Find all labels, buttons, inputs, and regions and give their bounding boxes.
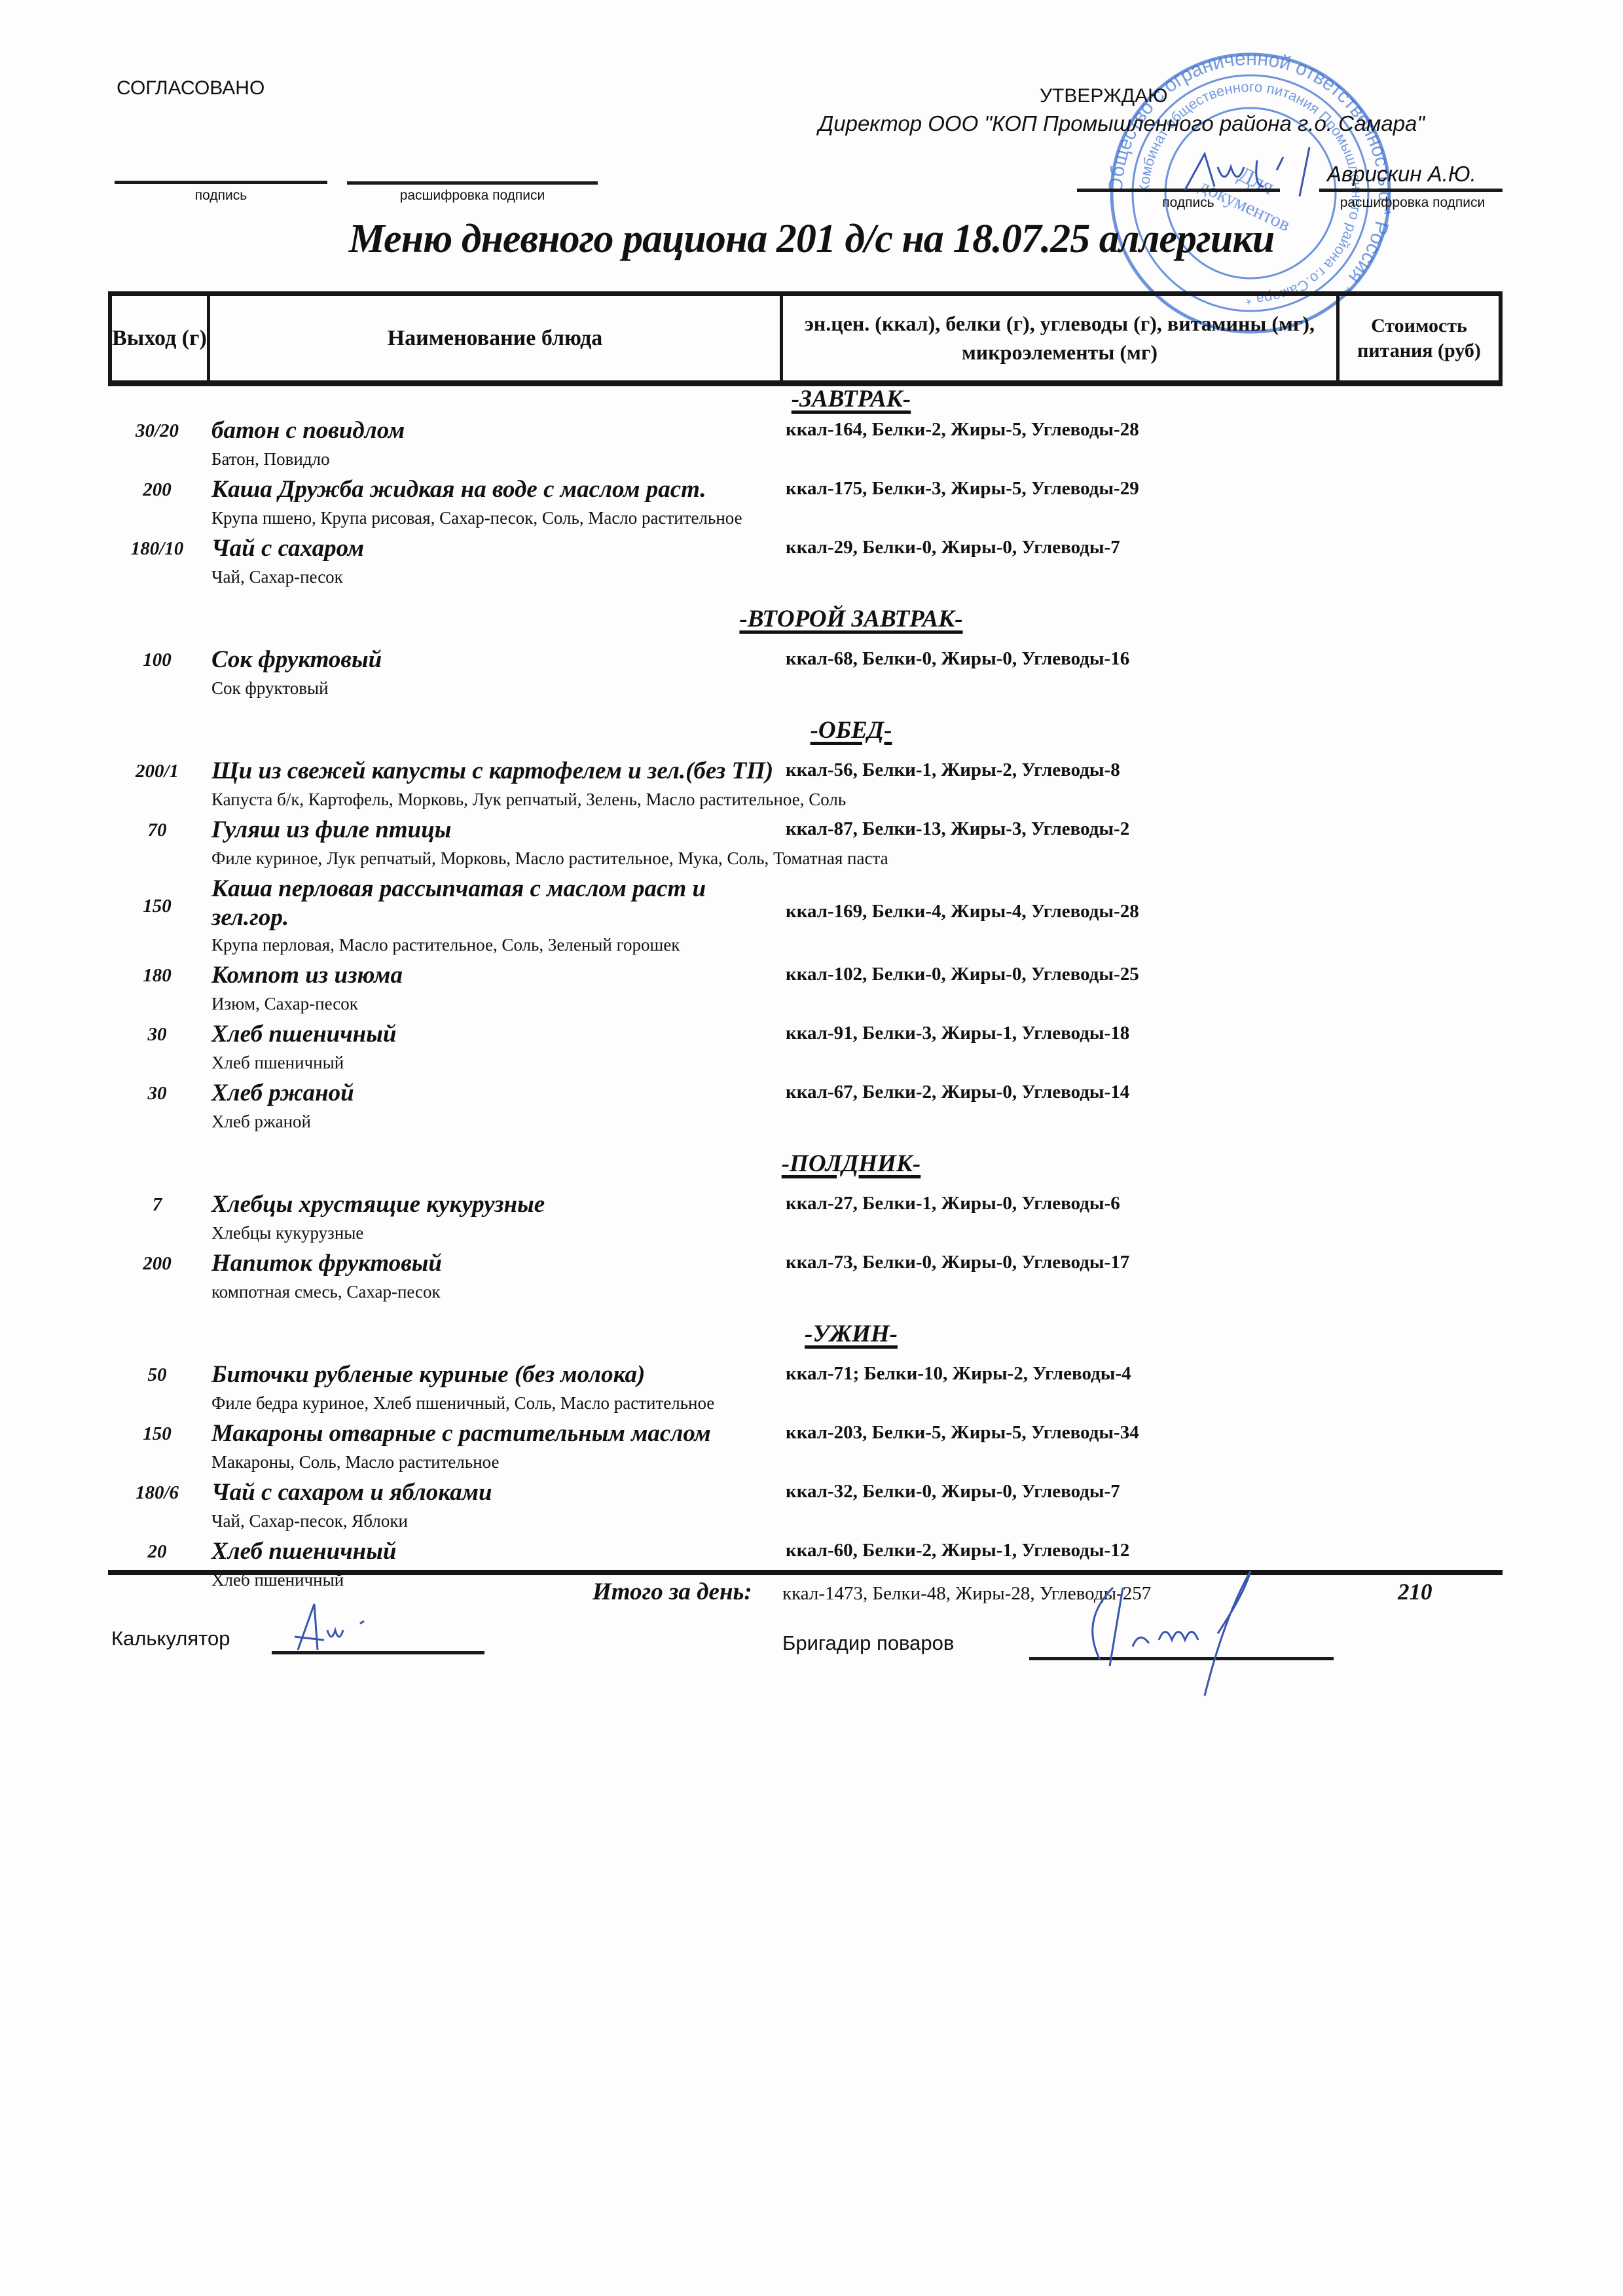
item-ingredients: Капуста б/к, Картофель, Морковь, Лук реп… (211, 790, 846, 810)
total-cost: 210 (1398, 1579, 1432, 1605)
item-nutrition: ккал-71; Белки-10, Жиры-2, Углеводы-4 (786, 1363, 1131, 1385)
menu-item-row: 70Гуляш из филе птицыФиле куриное, Лук р… (108, 816, 1503, 875)
item-nutrition: ккал-68, Белки-0, Жиры-0, Углеводы-16 (786, 648, 1129, 670)
item-ingredients: Изюм, Сахар-песок (211, 994, 358, 1014)
item-nutrition: ккал-29, Белки-0, Жиры-0, Углеводы-7 (786, 537, 1120, 558)
item-yield: 20 (108, 1541, 206, 1563)
item-ingredients: Крупа перловая, Масло растительное, Соль… (211, 935, 680, 955)
total-label: Итого за день: (593, 1578, 752, 1606)
agreed-signature-line (115, 181, 327, 184)
item-nutrition: ккал-60, Белки-2, Жиры-1, Углеводы-12 (786, 1540, 1129, 1561)
item-yield: 200/1 (108, 761, 206, 782)
menu-item-row: 200Напиток фруктовыйкомпотная смесь, Сах… (108, 1249, 1503, 1308)
column-header-yield: Выход (г) (112, 296, 210, 380)
chef-signature-icon (1074, 1568, 1336, 1699)
director-position: Директор ООО "КОП Промышленного района г… (818, 111, 1425, 136)
item-dish-name: Макароны отварные с растительным маслом (211, 1419, 781, 1448)
item-yield: 180/10 (108, 538, 206, 560)
director-name-line (1319, 189, 1503, 192)
section-title: -УЖИН- (720, 1320, 982, 1348)
column-header-nutrition: эн.цен. (ккал), белки (г), углеводы (г),… (783, 296, 1340, 380)
section-title: -ВТОРОЙ ЗАВТРАК- (720, 605, 982, 633)
director-name-caption: расшифровка подписи (1319, 195, 1506, 211)
menu-item-row: 30Хлеб ржанойХлеб ржанойккал-67, Белки-2… (108, 1079, 1503, 1138)
item-nutrition: ккал-175, Белки-3, Жиры-5, Углеводы-29 (786, 478, 1139, 500)
item-yield: 200 (108, 1253, 206, 1275)
menu-item-row: 7Хлебцы хрустящие кукурузныеХлебцы кукур… (108, 1190, 1503, 1249)
menu-item-row: 150Макароны отварные с растительным масл… (108, 1419, 1503, 1478)
menu-item-row: 50Биточки рубленые куриные (без молока)Ф… (108, 1360, 1503, 1419)
item-yield: 180 (108, 965, 206, 987)
item-dish-name: Каша перловая рассыпчатая с маслом раст … (211, 875, 781, 932)
section-title: -ОБЕД- (720, 716, 982, 744)
section-title: -ПОЛДНИК- (720, 1150, 982, 1178)
item-ingredients: Филе бедра куриное, Хлеб пшеничный, Соль… (211, 1393, 714, 1413)
section-title: -ЗАВТРАК- (720, 385, 982, 413)
menu-item-row: 200/1Щи из свежей капусты с картофелем и… (108, 757, 1503, 816)
menu-item-row: 30Хлеб пшеничныйХлеб пшеничныйккал-91, Б… (108, 1020, 1503, 1079)
item-dish-name: Чай с сахаром (211, 534, 781, 563)
column-header-dish-name: Наименование блюда (210, 296, 783, 380)
item-yield: 180/6 (108, 1482, 206, 1504)
item-dish-name: Хлеб пшеничный (211, 1537, 781, 1566)
menu-item-row: 180/10Чай с сахаромЧай, Сахар-песокккал-… (108, 534, 1503, 593)
item-nutrition: ккал-164, Белки-2, Жиры-5, Углеводы-28 (786, 419, 1139, 441)
column-header-cost: Стоимость питания (руб) (1340, 296, 1499, 380)
item-nutrition: ккал-73, Белки-0, Жиры-0, Углеводы-17 (786, 1252, 1129, 1273)
item-dish-name: Хлеб пшеничный (211, 1020, 781, 1049)
item-dish-name: Щи из свежей капусты с картофелем и зел.… (211, 757, 781, 786)
item-dish-name: Напиток фруктовый (211, 1249, 781, 1278)
item-nutrition: ккал-102, Белки-0, Жиры-0, Углеводы-25 (786, 964, 1139, 985)
item-yield: 200 (108, 479, 206, 501)
item-dish-name: Хлеб ржаной (211, 1079, 781, 1108)
item-dish-name: Каша Дружба жидкая на воде с маслом раст… (211, 475, 781, 504)
item-ingredients: Чай, Сахар-песок, Яблоки (211, 1511, 408, 1531)
item-yield: 100 (108, 649, 206, 671)
item-dish-name: Биточки рубленые куриные (без молока) (211, 1360, 781, 1389)
item-ingredients: Батон, Повидло (211, 449, 330, 469)
agreed-name-line (347, 181, 598, 185)
item-dish-name: Хлебцы хрустящие кукурузные (211, 1190, 781, 1219)
item-yield: 150 (108, 896, 206, 917)
item-dish-name: Гуляш из филе птицы (211, 816, 781, 845)
agreed-title: СОГЛАСОВАНО (117, 77, 264, 100)
item-yield: 150 (108, 1423, 206, 1445)
chef-label: Бригадир поваров (782, 1631, 954, 1655)
item-ingredients: Крупа пшено, Крупа рисовая, Сахар-песок,… (211, 508, 742, 528)
item-nutrition: ккал-67, Белки-2, Жиры-0, Углеводы-14 (786, 1082, 1129, 1103)
item-nutrition: ккал-56, Белки-1, Жиры-2, Углеводы-8 (786, 759, 1120, 781)
item-yield: 30 (108, 1024, 206, 1046)
page-title: Меню дневного рациона 201 д/с на 18.07.2… (0, 216, 1623, 263)
menu-item-row: 100Сок фруктовыйСок фруктовыйккал-68, Бе… (108, 646, 1503, 704)
item-ingredients: компотная смесь, Сахар-песок (211, 1282, 441, 1302)
calculator-label: Калькулятор (111, 1627, 230, 1650)
item-dish-name: батон с повидлом (211, 416, 781, 445)
item-yield: 30/20 (108, 420, 206, 442)
agreed-name-caption: расшифровка подписи (347, 188, 598, 204)
menu-item-row: 30/20батон с повидломБатон, Повидлоккал-… (108, 416, 1503, 475)
director-name: Аврискин А.Ю. (1327, 162, 1476, 187)
item-ingredients: Хлеб ржаной (211, 1112, 311, 1132)
menu-item-row: 180/6Чай с сахаром и яблокамиЧай, Сахар-… (108, 1478, 1503, 1537)
item-nutrition: ккал-87, Белки-13, Жиры-3, Углеводы-2 (786, 818, 1129, 840)
menu-item-row: 150Каша перловая рассыпчатая с маслом ра… (108, 875, 1503, 961)
item-yield: 7 (108, 1194, 206, 1216)
menu-item-row: 200Каша Дружба жидкая на воде с маслом р… (108, 475, 1503, 534)
item-ingredients: Макароны, Соль, Масло растительное (211, 1452, 499, 1472)
item-ingredients: Хлеб пшеничный (211, 1053, 344, 1073)
item-nutrition: ккал-27, Белки-1, Жиры-0, Углеводы-6 (786, 1193, 1120, 1214)
approve-title: УТВЕРЖДАЮ (1040, 85, 1167, 107)
table-header: Выход (г) Наименование блюда эн.цен. (кк… (108, 291, 1503, 386)
item-dish-name: Чай с сахаром и яблоками (211, 1478, 781, 1507)
item-dish-name: Компот из изюма (211, 961, 781, 990)
item-ingredients: Филе куриное, Лук репчатый, Морковь, Мас… (211, 848, 888, 869)
item-yield: 70 (108, 820, 206, 841)
director-signature-icon (1178, 141, 1336, 200)
item-nutrition: ккал-169, Белки-4, Жиры-4, Углеводы-28 (786, 901, 1139, 922)
item-ingredients: Чай, Сахар-песок (211, 567, 343, 587)
item-nutrition: ккал-91, Белки-3, Жиры-1, Углеводы-18 (786, 1023, 1129, 1044)
item-nutrition: ккал-32, Белки-0, Жиры-0, Углеводы-7 (786, 1481, 1120, 1503)
item-ingredients: Сок фруктовый (211, 678, 329, 699)
calculator-signature-icon (288, 1597, 386, 1656)
item-yield: 30 (108, 1083, 206, 1104)
item-ingredients: Хлебцы кукурузные (211, 1223, 363, 1243)
menu-item-row: 180Компот из изюмаИзюм, Сахар-песокккал-… (108, 961, 1503, 1020)
item-nutrition: ккал-203, Белки-5, Жиры-5, Углеводы-34 (786, 1422, 1139, 1444)
item-dish-name: Сок фруктовый (211, 646, 781, 674)
agreed-sign-caption: подпись (115, 188, 327, 204)
item-yield: 50 (108, 1364, 206, 1386)
